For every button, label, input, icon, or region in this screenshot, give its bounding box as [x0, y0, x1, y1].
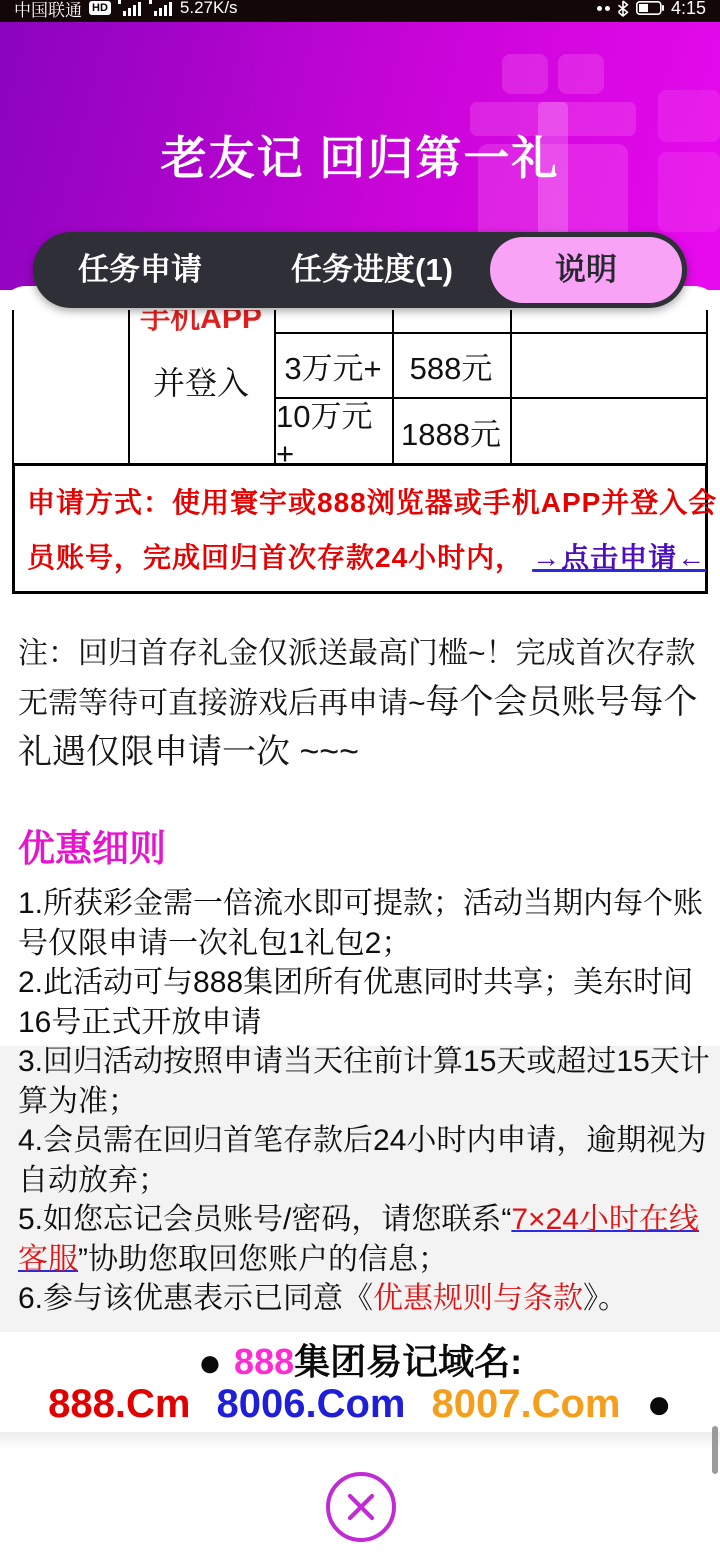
status-bar: 中国联通 HD 5.27K/s: [0, 0, 720, 22]
bullet-icon: ●: [646, 1380, 671, 1428]
rule-item-4: 4.会员需在回归首笔存款后24小时内申请，逾期视为自动放弃；: [18, 1121, 712, 1200]
brand-888: 888: [234, 1341, 294, 1382]
close-button[interactable]: [326, 1472, 396, 1542]
network-speed: 5.27K/s: [180, 0, 238, 18]
rule-item-1: 1.所获彩金需一倍流水即可提款；活动当期内每个账号仅限申请一次礼包1礼包2；: [18, 884, 712, 963]
cell-login-enter: 并登入: [130, 358, 272, 404]
domains-heading: ●888集团易记域名:: [0, 1334, 720, 1386]
rule-item-5-pre: 5.如您忘记会员账号/密码，请您联系“: [18, 1203, 511, 1236]
cell-deposit-threshold: 3万元+: [276, 334, 390, 397]
rule-item-6-post: 》。: [583, 1282, 628, 1315]
rule-item-3: 3.回归活动按照申请当天往前计算15天或超过15天计算为准；: [18, 1042, 712, 1121]
domains-row: 888.Cm 8006.Com 8007.Com ●: [0, 1380, 720, 1428]
battery-icon: [636, 1, 664, 15]
rules-heading: 优惠细则: [18, 818, 166, 872]
page-title: 老友记 回归第一礼: [0, 122, 720, 188]
tab-task-apply[interactable]: 任务申请: [33, 232, 247, 308]
cell-deposit-threshold: 10万元+: [276, 399, 390, 463]
rule-item-6: 6.参与该优惠表示已同意《优惠规则与条款》。: [18, 1279, 712, 1319]
tab-bar: 任务申请 任务进度(1) 说明: [33, 232, 687, 308]
domain-link-1[interactable]: 888.Cm: [48, 1382, 190, 1427]
domain-link-2[interactable]: 8006.Com: [216, 1382, 405, 1427]
terms-link[interactable]: 优惠规则与条款: [373, 1282, 583, 1315]
apply-method-box: 申请方式：使用寰宇或888浏览器或手机APP并登入会 员账号，完成回归首次存款2…: [12, 463, 708, 594]
note-text: 注：回归首存礼金仅派送最高门槛~！完成首次存款无需等待可直接游戏后再申请~每个会…: [18, 630, 712, 778]
bluetooth-icon: [617, 0, 629, 17]
scrollbar-thumb[interactable]: [712, 1426, 718, 1474]
domain-link-3[interactable]: 8007.Com: [431, 1382, 620, 1427]
cell-login-app: 手机APP: [130, 310, 272, 335]
carrier-label: 中国联通: [14, 0, 82, 21]
rule-item-5: 5.如您忘记会员账号/密码，请您联系“7×24小时在线客服”协助您取回您账户的信…: [18, 1200, 712, 1279]
apply-method-line1: 申请方式：使用寰宇或888浏览器或手机APP并登入会: [27, 481, 705, 521]
tab-task-progress[interactable]: 任务进度(1): [247, 232, 497, 308]
rule-item-2: 2.此活动可与888集团所有优惠同时共享；美东时间16号正式开放申请: [18, 963, 712, 1042]
tab-info-active[interactable]: 说明: [490, 237, 682, 303]
rule-item-6-pre: 6.参与该优惠表示已同意《: [18, 1282, 373, 1315]
cell-bonus-amount: 1888元: [394, 399, 508, 463]
hd-badge: HD: [89, 1, 111, 15]
signal-bars-icon: [149, 0, 173, 16]
rule-item-5-post: ”协助您取回您账户的信息；: [78, 1243, 448, 1276]
brand-suffix: 集团易记域名:: [294, 1341, 522, 1382]
rules-list: 1.所获彩金需一倍流水即可提款；活动当期内每个账号仅限申请一次礼包1礼包2； 2…: [18, 884, 712, 1319]
apply-now-link[interactable]: →点击申请←: [532, 542, 706, 573]
signal-bars-icon: [118, 0, 142, 16]
bottom-shade: [0, 1432, 720, 1450]
apply-method-line2: 员账号，完成回归首次存款24小时内，→点击申请←: [27, 536, 705, 576]
app-screen: 中国联通 HD 5.27K/s: [0, 0, 720, 1560]
apply-method-line2-text: 员账号，完成回归首次存款24小时内，: [27, 542, 524, 573]
bullet-icon: ●: [198, 1341, 222, 1385]
earphone-dots-icon: [597, 6, 610, 11]
cell-bonus-amount: 588元: [394, 334, 508, 397]
close-icon: [344, 1490, 378, 1524]
clock-time: 4:15: [671, 0, 706, 19]
